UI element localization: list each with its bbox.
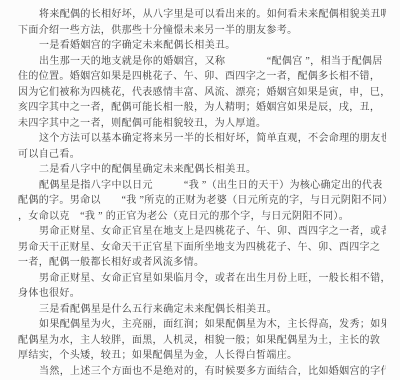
text-line: 配偶的字。男命以 “我 ”所克的正财为老婆（日元所克的字，与日元阴阳不同） (18, 193, 386, 209)
text-line: 一者，配偶一般都长相好或者风流多情。 (18, 255, 386, 271)
text-line: 未四字其中之一者，则配偶可能相貌较丑，为人厚道。 (18, 116, 386, 132)
text-line: 配偶星为水，主人较胖，面黑，人机灵，相貌一般；如果配偶星为土，主长的敦 (18, 333, 386, 349)
text-line: 因为它们被称为四桃花，代表感情丰富、风流、漂亮；婚姻宫如果是寅，申，巳， (18, 85, 386, 101)
document-page: 将来配偶的长相好坏，从八字里是可以看出来的。如何看未来配偶相貌美丑呢？ 下面介绍… (0, 0, 400, 380)
text-line: 亥四字其中之一者，配偶可能长相一般，为人精明；婚姻宫如果是辰，戌，丑， (18, 100, 386, 116)
text-line: 当然，上述三个方面也不是绝对的，有时候要多方面结合，比如婚姻宫的字代 (18, 364, 386, 380)
text-line: ，女命以克 “我 ” 的正官为老公（克日元的那个字，与日元阴阳不同）。 (18, 209, 386, 225)
text-line: 将来配偶的长相好坏，从八字里是可以看出来的。如何看未来配偶相貌美丑呢？ (18, 7, 386, 23)
text-line: 身体也很好。 (18, 286, 386, 302)
text-line: 出生那一天的地支就是你的婚姻宫，又称 “配偶宫 ”，相当于配偶居 (18, 54, 386, 70)
section-heading: 一是看婚姻宫的字确定未来配偶长相美丑。 (18, 38, 386, 54)
text-line: 男命正财星、女命正官星如果临月令，或者在出生月份上旺，一般长相不错， (18, 271, 386, 287)
text-line: 如果配偶星为火，主亮丽，面红润；如果配偶星为木，主长得高，发秀；如果 (18, 317, 386, 333)
text-line: 厚结实，个头矮，较丑；如果配偶星为金，人长得白皙端庄。 (18, 348, 386, 364)
text-line: 可以自己看。 (18, 147, 386, 163)
text-line: 下面介绍一些方法，供那些十分憧憬未来另一半的朋友参考。 (18, 23, 386, 39)
text-line: 男命正财星、女命正官星在地支上是四桃花子、午、卯、酉四字之一者，或者 (18, 224, 386, 240)
text-line: 这个方法可以基本确定将来另一半的长相好坏，简单直观，不会命理的朋友也 (18, 131, 386, 147)
text-line: 住的位置。婚姻宫如果是四桃花子、午、卯、酉四字之一者，配偶多长相不错， (18, 69, 386, 85)
text-line: 男命天干正财星、女命天干正官星下面所坐地支为四桃花子、午、卯、酉四字之 (18, 240, 386, 256)
section-heading: 三是看配偶星是什么五行来确定未来配偶长相美丑。 (18, 302, 386, 318)
text-line: 配偶星是指八字中以日元 “我 ”（出生日的天干）为核心确定出的代表 (18, 178, 386, 194)
section-heading: 二是看八字中的配偶星确定未来配偶长相美丑。 (18, 162, 386, 178)
